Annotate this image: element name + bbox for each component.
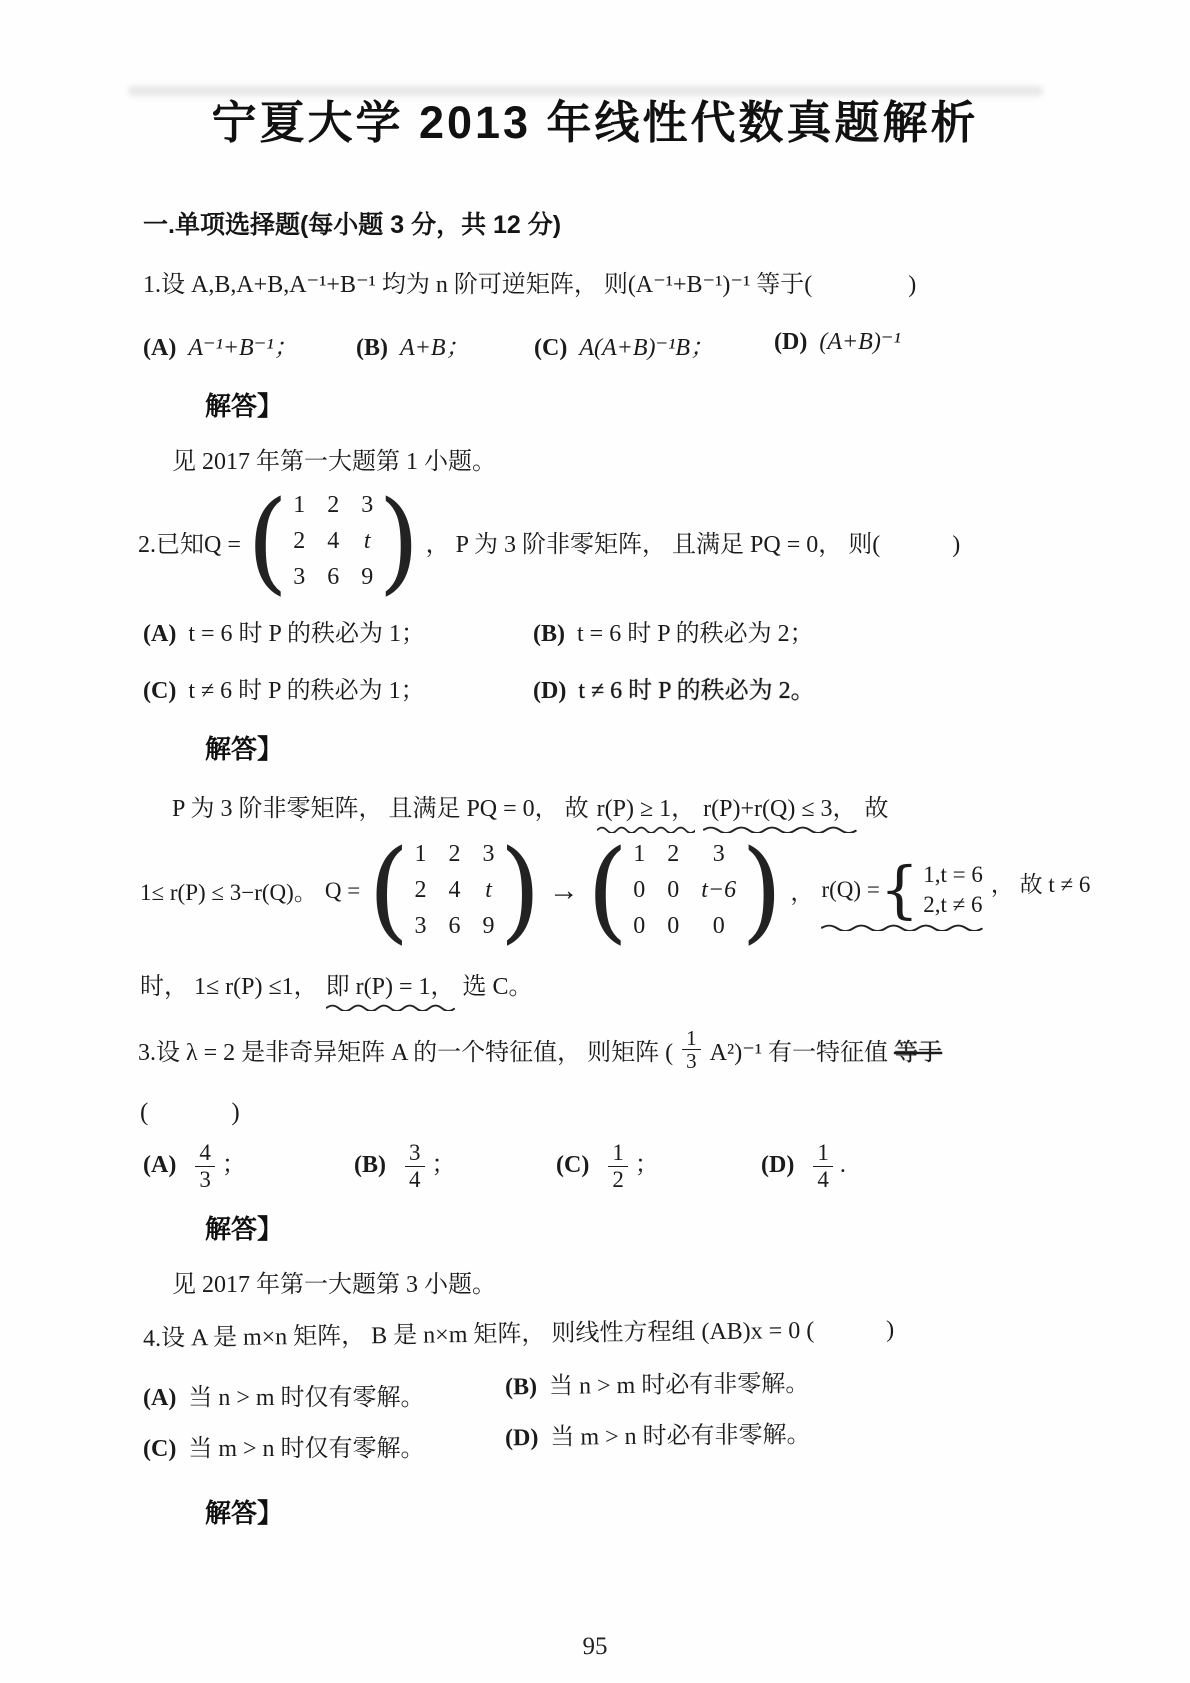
q2-option-a: (A)t = 6 时 P 的秩必为 1；	[143, 613, 533, 648]
solution-text: 即 r(P) = 1，	[326, 966, 455, 1001]
question-1: 1.设 A,B,A+B,A⁻¹+B⁻¹ 均为 n 阶可逆矩阵， 则(A⁻¹+B⁻…	[0, 269, 1190, 476]
option-text: A+B；	[400, 335, 470, 361]
case-line-2: 2,t ≠ 6	[923, 892, 983, 918]
matrix-cell: t	[361, 528, 373, 555]
rank-cases-group: r(Q) = { 1,t = 6 2,t ≠ 6	[821, 859, 982, 923]
option-text: 当 m > n 时必有非零解。	[550, 1422, 810, 1451]
matrix-cell: 9	[361, 564, 373, 591]
option-fraction: 12	[608, 1140, 628, 1193]
q3-stem-text: 3.设 λ = 2 是非奇异矩阵 A 的一个特征值， 则矩阵 (	[138, 1032, 673, 1067]
q1-option-a: (A)A⁻¹+B⁻¹；	[143, 327, 356, 362]
matrix-grid: 12324t369	[291, 490, 375, 593]
option-label: (B)	[354, 1152, 386, 1178]
q2-solution-line-1: P 为 3 阶非零矩阵， 且满足 PQ = 0， 故 r(P) ≥ 1， r(P…	[172, 788, 1130, 825]
q2-stem-prefix: 2.已知Q =	[138, 524, 241, 559]
option-label: (A)	[143, 335, 176, 361]
solution-text: P 为 3 阶非零矩阵， 且满足 PQ = 0， 故	[172, 788, 589, 823]
option-label: (A)	[143, 1152, 176, 1178]
q3-solution-heading: 解答】	[205, 1209, 1190, 1246]
matrix-cell: t	[483, 877, 495, 904]
fraction-denominator: 4	[409, 1167, 421, 1193]
q2-solution-line-2: 1≤ r(P) ≤ 3−r(Q)。 Q = ( 12324t369 ) → ( …	[140, 839, 1160, 942]
document-title: 宁夏大学 2013 年线性代数真题解析	[0, 0, 1190, 151]
option-text: t ≠ 6 时 P 的秩必为 2。	[578, 678, 814, 704]
matrix-cell: 6	[449, 913, 461, 940]
q2-solution-line-3: 时， 1≤ r(P) ≤1， 即 r(P) = 1， 选 C。	[140, 966, 1130, 1003]
matrix-cell: 6	[327, 564, 339, 591]
q1-option-d: (D)(A+B)⁻¹	[774, 327, 1120, 362]
question-1-stem: 1.设 A,B,A+B,A⁻¹+B⁻¹ 均为 n 阶可逆矩阵， 则(A⁻¹+B⁻…	[143, 269, 1120, 301]
option-text: 当 m > n 时仅有零解。	[188, 1436, 424, 1462]
option-label: (B)	[505, 1374, 537, 1400]
solution-text: 选 C。	[463, 966, 533, 1001]
answer-blank-parens: ( )	[140, 1092, 1190, 1128]
matrix-cell: 3	[361, 492, 373, 519]
option-fraction: 14	[813, 1140, 833, 1193]
matrix-cell: 1	[633, 841, 645, 868]
arrow-right: →	[549, 874, 579, 908]
option-label: (B)	[533, 621, 565, 647]
matrix-cell: 0	[633, 877, 645, 904]
q1-option-b: (B)A+B；	[356, 327, 534, 362]
page-number: 95	[0, 1633, 1190, 1661]
inline-fraction: 1 3	[682, 1027, 701, 1072]
matrix-cell: 3	[483, 841, 495, 868]
fraction-numerator: 4	[195, 1140, 215, 1167]
matrix-cell: 3	[701, 841, 736, 868]
question-4-stem: 4.设 A 是 m×n 矩阵， B 是 n×m 矩阵， 则线性方程组 (AB)x…	[143, 1311, 1120, 1355]
solution-text: r(P)+r(Q) ≤ 3，	[703, 788, 856, 823]
option-text: 当 n > m 时必有非零解。	[549, 1371, 809, 1400]
matrix-cell: 3	[415, 913, 427, 940]
solution-text: 1≤ r(P) ≤ 3−r(Q)。	[140, 874, 317, 907]
q2-option-c: (C)t ≠ 6 时 P 的秩必为 1；	[143, 670, 533, 705]
matrix-cell: 0	[667, 913, 679, 940]
solution-text: Q =	[325, 878, 360, 904]
q1-solution-reference: 见 2017 年第一大题第 1 小题。	[172, 441, 1190, 476]
matrix-cell: 3	[293, 564, 305, 591]
fraction-numerator: 1	[608, 1140, 628, 1167]
matrix-right-paren: )	[500, 841, 541, 940]
option-text: t ≠ 6 时 P 的秩必为 1；	[188, 678, 424, 704]
cases-lines: 1,t = 6 2,t ≠ 6	[923, 862, 983, 918]
option-label: (A)	[143, 621, 176, 647]
matrix-cell: 2	[449, 841, 461, 868]
option-label: (C)	[556, 1152, 589, 1178]
question-1-options: (A)A⁻¹+B⁻¹； (B)A+B； (C)A(A+B)⁻¹B； (D)(A+…	[143, 327, 1120, 362]
q4-option-a: (A)当 n > m 时仅有零解。	[143, 1377, 505, 1412]
option-punct: ；	[635, 1152, 659, 1178]
q2-solution-heading: 解答】	[205, 729, 1190, 766]
option-label: (D)	[774, 329, 807, 355]
matrix-cell: 2	[293, 528, 305, 555]
solution-text: r(Q) =	[821, 877, 879, 903]
matrix-cell: 0	[667, 877, 679, 904]
option-fraction: 43	[195, 1140, 215, 1193]
option-punct: ；	[222, 1152, 246, 1178]
question-2-stem: 2.已知Q = ( 12324t369 ) ， P 为 3 阶非零矩阵， 且满足…	[138, 490, 1130, 593]
option-text: 当 n > m 时仅有零解。	[188, 1385, 424, 1411]
question-4-options: (A)当 n > m 时仅有零解。 (B)当 n > m 时必有非零解。 (C)…	[143, 1377, 1130, 1463]
matrix-left-paren: (	[368, 841, 409, 940]
section-heading: 一.单项选择题(每小题 3 分，共 12 分)	[143, 205, 1190, 241]
q2-option-b: (B)t = 6 时 P 的秩必为 2；	[533, 613, 1120, 648]
matrix-cell: 2	[327, 492, 339, 519]
question-4: 4.设 A 是 m×n 矩阵， B 是 n×m 矩阵， 则线性方程组 (AB)x…	[0, 1323, 1190, 1530]
option-text: (A+B)⁻¹	[819, 329, 900, 355]
fraction-denominator: 2	[612, 1167, 624, 1193]
scan-smudge	[128, 86, 1043, 96]
wavy-underline	[326, 1002, 455, 1011]
matrix-grid: 12324t369	[413, 839, 497, 942]
matrix-cell: 0	[633, 913, 645, 940]
wavy-annotated-text: 即 r(P) = 1，	[326, 966, 455, 1003]
matrix-cell: 4	[449, 877, 461, 904]
q1-option-c: (C)A(A+B)⁻¹B；	[534, 327, 774, 362]
option-label: (C)	[143, 1436, 176, 1462]
q4-solution-heading: 解答】	[205, 1493, 1190, 1530]
option-label: (A)	[143, 1385, 176, 1411]
option-text: t = 6 时 P 的秩必为 2；	[577, 621, 814, 647]
option-text: A(A+B)⁻¹B；	[579, 335, 714, 361]
solution-text: 故	[865, 788, 889, 823]
matrix-before: ( 12324t369 )	[368, 839, 541, 942]
matrix-cell: 0	[701, 913, 736, 940]
q4-option-d: (D)当 m > n 时必有非零解。	[505, 1411, 1130, 1453]
fraction-denominator: 3	[199, 1167, 211, 1193]
option-label: (D)	[505, 1425, 539, 1451]
struck-text: 等于	[894, 1032, 942, 1067]
solution-text: 时， 1≤ r(P) ≤1，	[140, 966, 318, 1001]
fraction-denominator: 3	[686, 1050, 697, 1072]
q4-option-b: (B)当 n > m 时必有非零解。	[505, 1360, 1130, 1402]
question-2: 2.已知Q = ( 12324t369 ) ， P 为 3 阶非零矩阵， 且满足…	[0, 490, 1190, 1003]
q3-option-c: (C)12；	[556, 1140, 761, 1193]
question-3: 3.设 λ = 2 是非奇异矩阵 A 的一个特征值， 则矩阵 ( 1 3 A²)…	[0, 1027, 1190, 1299]
matrix-cell: 4	[327, 528, 339, 555]
fraction-numerator: 3	[405, 1140, 425, 1167]
matrix-left-paren: (	[247, 492, 288, 591]
matrix-after: ( 12300t−6000 )	[587, 839, 783, 942]
fraction-denominator: 4	[817, 1167, 829, 1193]
case-line-1: 1,t = 6	[923, 862, 983, 888]
matrix-cell: 1	[415, 841, 427, 868]
matrix-cell: t−6	[701, 877, 736, 904]
option-label: (D)	[533, 678, 566, 704]
q4-option-c: (C)当 m > n 时仅有零解。	[143, 1428, 505, 1463]
document-page: 宁夏大学 2013 年线性代数真题解析 一.单项选择题(每小题 3 分，共 12…	[0, 0, 1190, 1683]
question-2-options: (A)t = 6 时 P 的秩必为 1； (B)t = 6 时 P 的秩必为 2…	[143, 613, 1120, 705]
cases-brace: {	[880, 859, 919, 921]
q1-solution-heading: 解答】	[205, 386, 1190, 423]
matrix-cell: 2	[667, 841, 679, 868]
wavy-annotated-text: r(P)+r(Q) ≤ 3，	[703, 788, 856, 825]
matrix-grid: 12300t−6000	[631, 839, 738, 942]
solution-text: ， 故 t ≠ 6	[991, 866, 1091, 899]
fraction-numerator: 1	[813, 1140, 833, 1167]
option-punct: .	[840, 1152, 846, 1178]
matrix-q: ( 12324t369 )	[247, 490, 420, 593]
option-text: A⁻¹+B⁻¹；	[188, 335, 297, 361]
wavy-underline	[821, 922, 982, 931]
question-3-stem: 3.设 λ = 2 是非奇异矩阵 A 的一个特征值， 则矩阵 ( 1 3 A²)…	[138, 1027, 1130, 1072]
q3-solution-reference: 见 2017 年第一大题第 3 小题。	[172, 1264, 1190, 1299]
option-label: (C)	[143, 678, 176, 704]
q3-option-b: (B)34；	[354, 1140, 556, 1193]
matrix-cell: 1	[293, 492, 305, 519]
q2-option-d: (D)t ≠ 6 时 P 的秩必为 2。	[533, 670, 1120, 705]
q3-stem-text: A²)⁻¹ 有一特征值	[710, 1032, 888, 1067]
matrix-left-paren: (	[587, 841, 628, 940]
matrix-right-paren: )	[378, 492, 419, 591]
question-3-options: (A)43； (B)34； (C)12； (D)14.	[143, 1140, 1130, 1193]
option-label: (B)	[356, 335, 388, 361]
option-label: (C)	[534, 335, 567, 361]
q3-option-a: (A)43；	[143, 1140, 354, 1193]
option-punct: ；	[432, 1152, 456, 1178]
matrix-right-paren: )	[741, 841, 782, 940]
q3-option-d: (D)14.	[761, 1140, 1130, 1193]
q2-stem-suffix: ， P 为 3 阶非零矩阵， 且满足 PQ = 0， 则( )	[426, 524, 961, 559]
cases-expression: { 1,t = 6 2,t ≠ 6	[880, 859, 983, 921]
matrix-cell: 2	[415, 877, 427, 904]
option-text: t = 6 时 P 的秩必为 1；	[188, 621, 425, 647]
solution-text: r(P) ≥ 1，	[597, 788, 696, 823]
matrix-cell: 9	[483, 913, 495, 940]
wavy-annotated-text: r(P) ≥ 1，	[597, 788, 696, 825]
solution-text: ，	[790, 874, 813, 907]
option-fraction: 34	[405, 1140, 425, 1193]
fraction-numerator: 1	[682, 1027, 701, 1050]
option-label: (D)	[761, 1152, 794, 1178]
